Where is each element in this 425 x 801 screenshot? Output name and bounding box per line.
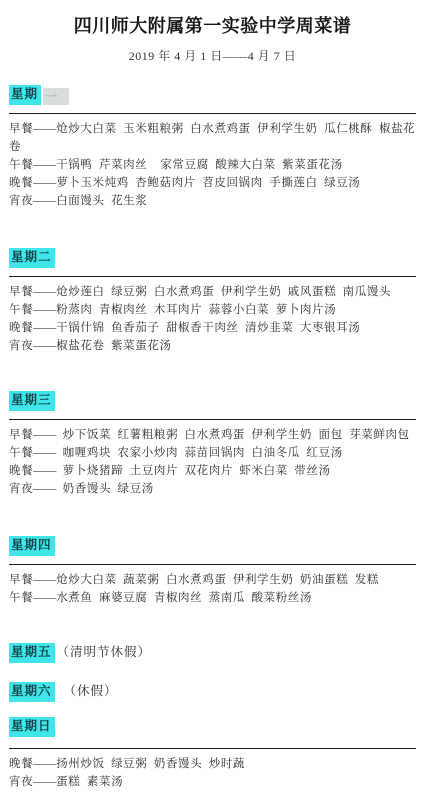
meal-label: 午餐 xyxy=(9,592,33,604)
day-label-wednesday: 星期三 xyxy=(9,391,55,411)
meal-label: 早餐 xyxy=(9,574,33,586)
meal-line-breakfast: 早餐——炝炒大白菜 蔬菜粥 白水煮鸡蛋 伊利学生奶 奶油蛋糕 发糕 xyxy=(9,571,416,589)
meal-line-dinner: 晚餐——干锅什锦 鱼香茄子 甜椒香干肉丝 清炒韭菜 大枣银耳汤 xyxy=(9,319,416,337)
dash-separator: —— xyxy=(33,776,56,788)
day-section-thursday: 星期四 早餐——炝炒大白菜 蔬菜粥 白水煮鸡蛋 伊利学生奶 奶油蛋糕 发糕 午餐… xyxy=(9,536,416,607)
dish-list: 扬州炒饭 绿豆粥 奶香馒头 炒时蔬 xyxy=(56,758,245,770)
meal-line-night-snack: 宵夜——白面馒头 花生浆 xyxy=(9,192,416,210)
dish-list: 炝炒大白菜 蔬菜粥 白水煮鸡蛋 伊利学生奶 奶油蛋糕 发糕 xyxy=(56,574,379,586)
meal-label: 午餐 xyxy=(9,159,33,171)
dish-list: 咖喱鸡块 农家小炒肉 蒜苗回锅肉 白油冬瓜 红豆汤 xyxy=(56,447,342,459)
meal-label: 早餐 xyxy=(9,286,33,298)
dish-list: 炝炒大白菜 玉米粗粮粥 白水煮鸡蛋 伊利学生奶 瓜仁桃酥 椒盐花卷 xyxy=(9,123,415,153)
meal-list: 早餐——炝炒莲白 绿豆粥 白水煮鸡蛋 伊利学生奶 戚风蛋糕 南瓜馒头 午餐——粉… xyxy=(9,283,416,355)
dash-separator: —— xyxy=(33,304,56,316)
meal-label: 早餐 xyxy=(9,429,33,441)
meal-label: 早餐 xyxy=(9,123,33,135)
divider xyxy=(9,564,416,565)
day-section-sunday: 星期日 晚餐——扬州炒饭 绿豆粥 奶香馒头 炒时蔬 宵夜——蛋糕 素菜汤 xyxy=(9,717,416,791)
meal-label: 宵夜 xyxy=(9,340,33,352)
meal-line-lunch: 午餐——干锅鸭 芹菜肉丝 家常豆腐 酸辣大白菜 紫菜蛋花汤 xyxy=(9,156,416,174)
meal-label: 午餐 xyxy=(9,447,33,459)
dash-separator: —— xyxy=(33,286,56,298)
meal-label: 晚餐 xyxy=(9,177,33,189)
dish-list: 炒下饭菜 红薯粗粮粥 白水煮鸡蛋 伊利学生奶 面包 芽菜鲜肉包 xyxy=(56,429,409,441)
dash-separator: —— xyxy=(33,758,56,770)
dish-list: 干锅鸭 芹菜肉丝 家常豆腐 酸辣大白菜 紫菜蛋花汤 xyxy=(56,159,342,171)
meal-line-lunch: 午餐——粉蒸肉 青椒肉丝 木耳肉片 蒜蓉小白菜 萝卜肉片汤 xyxy=(9,301,416,319)
day-label-monday: 星期 xyxy=(9,85,41,105)
day-label-row: 星期五（清明节休假） xyxy=(9,643,416,663)
day-label-monday-suffix: 一 xyxy=(43,88,69,105)
day-label-row: 星期四 xyxy=(9,536,416,556)
dash-separator: —— xyxy=(33,340,56,352)
day-section-tuesday: 星期二 早餐——炝炒莲白 绿豆粥 白水煮鸡蛋 伊利学生奶 戚风蛋糕 南瓜馒头 午… xyxy=(9,248,416,355)
dash-separator: —— xyxy=(33,592,56,604)
dash-separator: —— xyxy=(33,574,56,586)
day-label-row: 星期一 xyxy=(9,85,416,105)
dish-list: 奶香馒头 绿豆汤 xyxy=(56,483,154,495)
meal-list: 早餐——炝炒大白菜 蔬菜粥 白水煮鸡蛋 伊利学生奶 奶油蛋糕 发糕 午餐——水煮… xyxy=(9,571,416,607)
day-section-monday: 星期一 早餐——炝炒大白菜 玉米粗粮粥 白水煮鸡蛋 伊利学生奶 瓜仁桃酥 椒盐花… xyxy=(9,85,416,210)
dish-list: 水煮鱼 麻婆豆腐 青椒肉丝 蒸南瓜 酸菜粉丝汤 xyxy=(56,592,312,604)
dash-separator: —— xyxy=(33,177,56,189)
divider xyxy=(9,419,416,420)
dish-list: 白面馒头 花生浆 xyxy=(56,195,147,207)
menu-document: 四川师大附属第一实验中学周菜谱 2019 年 4 月 1 日——4 月 7 日 … xyxy=(0,0,425,801)
dash-separator: —— xyxy=(33,429,56,441)
meal-line-breakfast: 早餐—— 炒下饭菜 红薯粗粮粥 白水煮鸡蛋 伊利学生奶 面包 芽菜鲜肉包 xyxy=(9,426,416,444)
meal-line-breakfast: 早餐——炝炒大白菜 玉米粗粮粥 白水煮鸡蛋 伊利学生奶 瓜仁桃酥 椒盐花卷 xyxy=(9,120,416,156)
dish-list: 炝炒莲白 绿豆粥 白水煮鸡蛋 伊利学生奶 戚风蛋糕 南瓜馒头 xyxy=(56,286,391,298)
dash-separator: —— xyxy=(33,195,56,207)
meal-label: 晚餐 xyxy=(9,758,33,770)
meal-line-lunch: 午餐—— 咖喱鸡块 农家小炒肉 蒜苗回锅肉 白油冬瓜 红豆汤 xyxy=(9,444,416,462)
meal-label: 宵夜 xyxy=(9,776,33,788)
dash-separator: —— xyxy=(33,447,56,459)
day-label-sunday: 星期日 xyxy=(9,717,55,737)
meal-line-breakfast: 早餐——炝炒莲白 绿豆粥 白水煮鸡蛋 伊利学生奶 戚风蛋糕 南瓜馒头 xyxy=(9,283,416,301)
day-section-friday: 星期五（清明节休假） xyxy=(9,643,416,663)
day-section-wednesday: 星期三 早餐—— 炒下饭菜 红薯粗粮粥 白水煮鸡蛋 伊利学生奶 面包 芽菜鲜肉包… xyxy=(9,391,416,498)
date-range: 2019 年 4 月 1 日——4 月 7 日 xyxy=(9,47,416,64)
day-label-tuesday: 星期二 xyxy=(9,248,55,268)
meal-line-night-snack: 宵夜——蛋糕 素菜汤 xyxy=(9,773,416,791)
dash-separator: —— xyxy=(33,123,56,135)
day-label-friday: 星期五 xyxy=(9,643,55,663)
dash-separator: —— xyxy=(33,322,56,334)
holiday-note: （清明节休假） xyxy=(57,645,152,659)
meal-label: 午餐 xyxy=(9,304,33,316)
dish-list: 萝卜玉米炖鸡 杏鲍菇肉片 苕皮回锅肉 手撕莲白 绿豆汤 xyxy=(56,177,360,189)
divider xyxy=(9,113,416,114)
dash-separator: —— xyxy=(33,465,56,477)
day-section-saturday: 星期六（休假） xyxy=(9,682,416,702)
meal-line-dinner: 晚餐——扬州炒饭 绿豆粥 奶香馒头 炒时蔬 xyxy=(9,755,416,773)
day-label-row: 星期六（休假） xyxy=(9,682,416,702)
meal-label: 晚餐 xyxy=(9,322,33,334)
meal-line-night-snack: 宵夜——椒盐花卷 紫菜蛋花汤 xyxy=(9,337,416,355)
day-label-thursday: 星期四 xyxy=(9,536,55,556)
meal-label: 宵夜 xyxy=(9,195,33,207)
divider xyxy=(9,748,416,749)
day-label-row: 星期二 xyxy=(9,248,416,268)
meal-list: 早餐—— 炒下饭菜 红薯粗粮粥 白水煮鸡蛋 伊利学生奶 面包 芽菜鲜肉包 午餐—… xyxy=(9,426,416,498)
meal-line-lunch: 午餐——水煮鱼 麻婆豆腐 青椒肉丝 蒸南瓜 酸菜粉丝汤 xyxy=(9,589,416,607)
divider xyxy=(9,276,416,277)
dish-list: 粉蒸肉 青椒肉丝 木耳肉片 蒜蓉小白菜 萝卜肉片汤 xyxy=(56,304,336,316)
holiday-note: （休假） xyxy=(64,684,118,698)
meal-label: 晚餐 xyxy=(9,465,33,477)
meal-line-dinner: 晚餐—— 萝卜烧猪蹄 土豆肉片 双花肉片 虾米白菜 带丝汤 xyxy=(9,462,416,480)
meal-list: 早餐——炝炒大白菜 玉米粗粮粥 白水煮鸡蛋 伊利学生奶 瓜仁桃酥 椒盐花卷 午餐… xyxy=(9,120,416,210)
dish-list: 椒盐花卷 紫菜蛋花汤 xyxy=(56,340,171,352)
meal-label: 宵夜 xyxy=(9,483,33,495)
meal-list: 晚餐——扬州炒饭 绿豆粥 奶香馒头 炒时蔬 宵夜——蛋糕 素菜汤 xyxy=(9,755,416,791)
meal-line-night-snack: 宵夜—— 奶香馒头 绿豆汤 xyxy=(9,480,416,498)
dash-separator: —— xyxy=(33,483,56,495)
meal-line-dinner: 晚餐——萝卜玉米炖鸡 杏鲍菇肉片 苕皮回锅肉 手撕莲白 绿豆汤 xyxy=(9,174,416,192)
dish-list: 蛋糕 素菜汤 xyxy=(56,776,123,788)
dish-list: 萝卜烧猪蹄 土豆肉片 双花肉片 虾米白菜 带丝汤 xyxy=(56,465,330,477)
dish-list: 干锅什锦 鱼香茄子 甜椒香干肉丝 清炒韭菜 大枣银耳汤 xyxy=(56,322,360,334)
day-label-row: 星期三 xyxy=(9,391,416,411)
page-title: 四川师大附属第一实验中学周菜谱 xyxy=(9,12,416,38)
day-label-saturday: 星期六 xyxy=(9,682,55,702)
day-label-row: 星期日 xyxy=(9,717,416,737)
dash-separator: —— xyxy=(33,159,56,171)
